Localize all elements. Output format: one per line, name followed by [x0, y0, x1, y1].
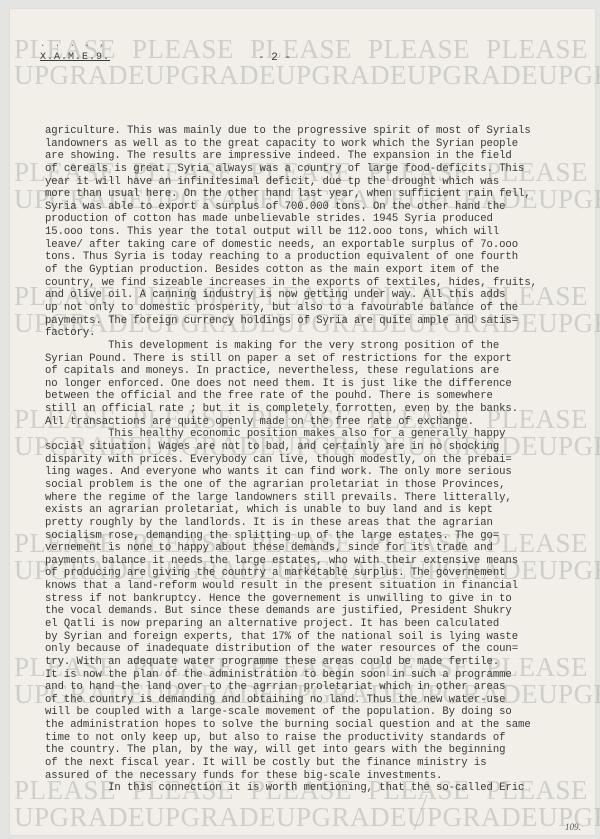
- document-reference: X.A.M.E.9.: [40, 52, 110, 63]
- text-line: This development is making for the very …: [45, 340, 565, 353]
- text-line: factory.: [45, 327, 565, 340]
- text-line: between the official and the free rate o…: [45, 390, 565, 403]
- text-line: the administration hopes to solve the bu…: [45, 719, 565, 732]
- text-line: year it will have an infinitesimal defic…: [45, 176, 565, 189]
- text-line: no longer enforced. One does not need th…: [45, 378, 565, 391]
- text-line: payments balance it needs the large esta…: [45, 555, 565, 568]
- text-line: knows that a land-reform would result in…: [45, 580, 565, 593]
- text-line: pretty roughly by the landlords. It is i…: [45, 517, 565, 530]
- text-line: Syria was able to export a surplus of 70…: [45, 201, 565, 214]
- text-line: vernement is none to happy about these d…: [45, 542, 565, 555]
- text-line: All transactions are quite openly made o…: [45, 416, 565, 429]
- text-line: leave/ after taking care of domestic nee…: [45, 239, 565, 252]
- reference-marks: . . . . ,: [40, 39, 107, 49]
- text-line: country, we find sizeable increases in t…: [45, 277, 565, 290]
- text-line: disparity with prices. Everybody can liv…: [45, 454, 565, 467]
- text-line: of capitals and moneys. In practice, nev…: [45, 365, 565, 378]
- text-line: Syrian Pound. There is still on paper a …: [45, 353, 565, 366]
- text-line: exists an agrarian proletariat, which is…: [45, 504, 565, 517]
- text-line: payments. The foreign currency holdings …: [45, 315, 565, 328]
- folio-number: 109.: [565, 822, 581, 832]
- text-line: In this connection it is worth mentionin…: [45, 782, 565, 795]
- text-line: ling wages. And everyone who wants it ca…: [45, 466, 565, 479]
- text-line: agriculture. This was mainly due to the …: [45, 125, 565, 138]
- text-line: of the country is demanding and obtainin…: [45, 694, 565, 707]
- text-line: will be coupled with a large-scale movem…: [45, 706, 565, 719]
- text-line: and olive oil. A canning industry is now…: [45, 289, 565, 302]
- text-line: assured of the necessary funds for these…: [45, 770, 565, 783]
- text-line: more than usual here. On the other hand …: [45, 188, 565, 201]
- text-line: up not only to domestic prosperity, but …: [45, 302, 565, 315]
- text-line: and to hand the land over to the agrrian…: [45, 681, 565, 694]
- text-line: production of cotton has made unbelievab…: [45, 213, 565, 226]
- text-line: of the next fiscal year. It will be cost…: [45, 757, 565, 770]
- text-line: It is now the plan of the administration…: [45, 669, 565, 682]
- text-line: tons. Thus Syria is today reaching to a …: [45, 251, 565, 264]
- text-line: only because of inadequate distribution …: [45, 643, 565, 656]
- text-line: This healthy economic position makes als…: [45, 428, 565, 441]
- text-line: are showing. The results are impressive …: [45, 150, 565, 163]
- text-line: where the regime of the large landowners…: [45, 492, 565, 505]
- document-body: agriculture. This was mainly due to the …: [45, 125, 565, 795]
- text-line: socialism rose, demanding the splitting …: [45, 530, 565, 543]
- text-line: by Syrian and foreign experts, that 17% …: [45, 631, 565, 644]
- text-line: stress if not bankruptcy. Hence the gove…: [45, 593, 565, 606]
- text-line: try. With an adequate water programme th…: [45, 656, 565, 669]
- text-line: of producing are giving the country a ma…: [45, 567, 565, 580]
- text-line: still an official rate ; but it is compl…: [45, 403, 565, 416]
- text-line: of the Gyptian production. Besides cotto…: [45, 264, 565, 277]
- text-line: landowners as well as to the great capac…: [45, 138, 565, 151]
- text-line: the vocal demands. But since these deman…: [45, 605, 565, 618]
- text-line: social problem is the one of the agraria…: [45, 479, 565, 492]
- text-line: of cereals is great. Syria always was a …: [45, 163, 565, 176]
- text-line: 15.ooo tons. This year the total output …: [45, 226, 565, 239]
- text-line: el Qatli is now preparing an alternative…: [45, 618, 565, 631]
- text-line: the country. The plan, by the way, will …: [45, 744, 565, 757]
- page-number: - 2 -: [258, 52, 291, 64]
- text-line: social situation. Wages are not to bad, …: [45, 441, 565, 454]
- text-line: time to not only keep up, but also to ra…: [45, 732, 565, 745]
